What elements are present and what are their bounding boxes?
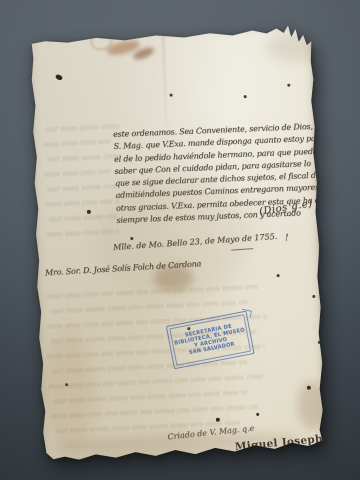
- paper-shadow-wrap: our mon sovm cnno smv onns mwo snv omn m…: [0, 0, 360, 480]
- edge-spots-stain: [297, 381, 329, 430]
- ghost-line: our mon sovm cnno smv onns mwo snv omn m…: [47, 181, 117, 193]
- brown-smudge-stain: [106, 38, 142, 58]
- ink-blot: [55, 73, 64, 81]
- corner-shading-stain: [266, 31, 329, 63]
- addressee-line: Mro. Sor. D. José Solís Folch de Cardona: [45, 259, 202, 277]
- ring-stain: [90, 32, 113, 51]
- ghost-line: our mon sovm cnno smv onns mwo snv omn m…: [49, 212, 117, 224]
- document-paper: our mon sovm cnno smv onns mwo snv omn m…: [28, 23, 326, 462]
- ghost-line: our mon sovm cnno smv onns mwo snv omn m…: [45, 121, 119, 133]
- ghost-line: mnv smo cmv onr snnv mo vmns cno smv onv…: [43, 166, 118, 179]
- date-underline-stroke: [231, 248, 253, 250]
- signature-flourish-stroke: [238, 450, 334, 461]
- ghost-line: mnv smo cmv onr snnv mo vmns cno smv onv…: [46, 226, 118, 238]
- foxing-specks: [28, 33, 30, 35]
- ghost-line: mnv smo cmv onr snnv mo vmns cno smv onv…: [43, 137, 113, 149]
- brown-smudge-stain: [132, 45, 156, 62]
- letter-body-text: este ordenamos. Sea Conveniente, servici…: [113, 120, 355, 228]
- dateline-mark: !: [285, 233, 289, 243]
- vertical-fold-crease: [162, 36, 167, 128]
- ghost-line: our mon sovm cnno smv onns mwo snv omn m…: [47, 151, 119, 163]
- ghost-line: mnv smo cmv onr snnv mo vmns cno smv onv…: [45, 196, 118, 208]
